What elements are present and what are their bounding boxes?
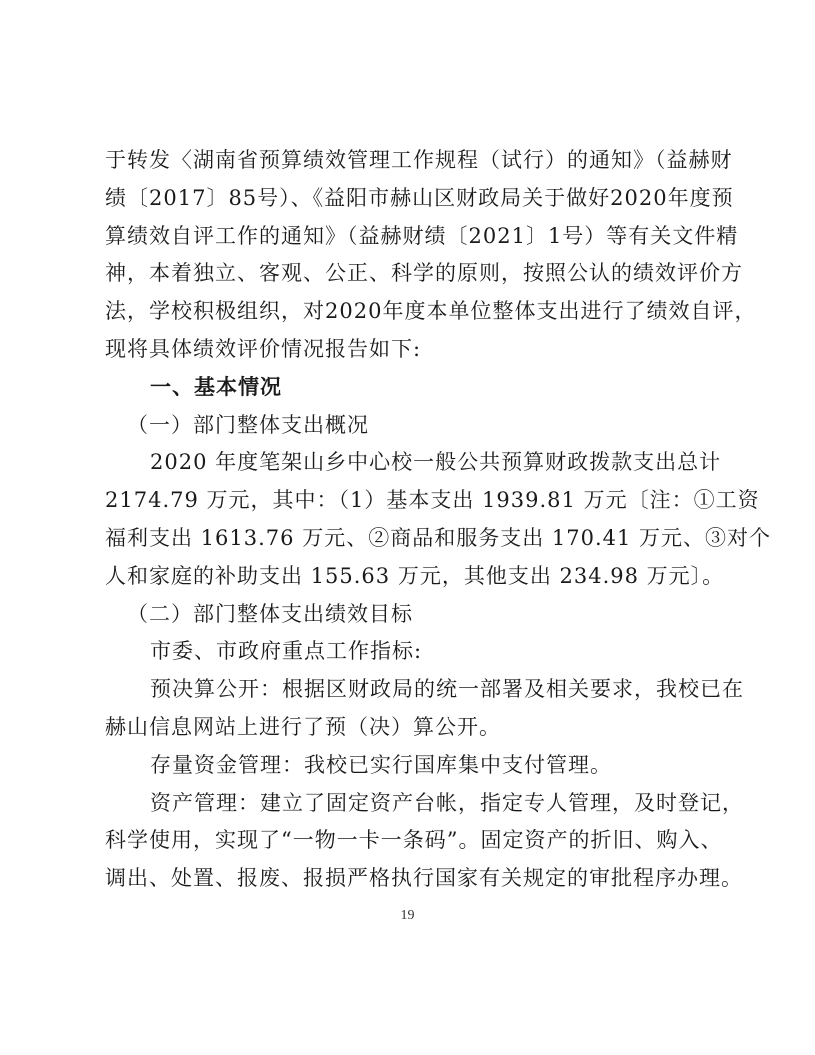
text-line: 赫山信息网站上进行了预（决）算公开。 — [105, 709, 721, 747]
section-heading: 一、基本情况 — [105, 369, 721, 407]
text-line: 2174.79 万元，其中：（1）基本支出 1939.81 万元〔注：①工资 — [105, 482, 721, 520]
subsection-heading: （一）部门整体支出概况 — [105, 407, 721, 445]
text-line: 法，学校积极组织，对2020年度本单位整体支出进行了绩效自评， — [105, 293, 721, 331]
text-line: 市委、市政府重点工作指标: — [105, 633, 721, 671]
document-page: 于转发〈湖南省预算绩效管理工作规程（试行）的通知》（益赫财 绩〔2017〕85号… — [0, 0, 815, 1055]
text-line: 资产管理：建立了固定资产台帐，指定专人管理，及时登记， — [105, 785, 721, 823]
page-number: 19 — [0, 908, 815, 924]
text-line: 2020 年度笔架山乡中心校一般公共预算财政拨款支出总计 — [105, 444, 721, 482]
text-line: 人和家庭的补助支出 155.63 万元，其他支出 234.98 万元〕。 — [105, 558, 721, 596]
text-line: 调出、处置、报废、报损严格执行国家有关规定的审批程序办理。 — [105, 860, 721, 898]
text-line: 科学使用，实现了“一物一卡一条码”。固定资产的折旧、购入、 — [105, 822, 721, 860]
text-line: 福利支出 1613.76 万元、②商品和服务支出 170.41 万元、③对个 — [105, 520, 721, 558]
text-line: 现将具体绩效评价情况报告如下: — [105, 331, 721, 369]
text-line: 预决算公开：根据区财政局的统一部署及相关要求，我校已在 — [105, 671, 721, 709]
text-line: 神，本着独立、客观、公正、科学的原则，按照公认的绩效评价方 — [105, 255, 721, 293]
text-line: 算绩效自评工作的通知》（益赫财绩〔2021〕1号）等有关文件精 — [105, 218, 721, 256]
text-line: 绩〔2017〕85号）、《益阳市赫山区财政局关于做好2020年度预 — [105, 180, 721, 218]
document-body: 于转发〈湖南省预算绩效管理工作规程（试行）的通知》（益赫财 绩〔2017〕85号… — [105, 142, 721, 898]
text-line: 存量资金管理：我校已实行国库集中支付管理。 — [105, 747, 721, 785]
text-line: 于转发〈湖南省预算绩效管理工作规程（试行）的通知》（益赫财 — [105, 142, 721, 180]
subsection-heading: （二）部门整体支出绩效目标 — [105, 596, 721, 634]
